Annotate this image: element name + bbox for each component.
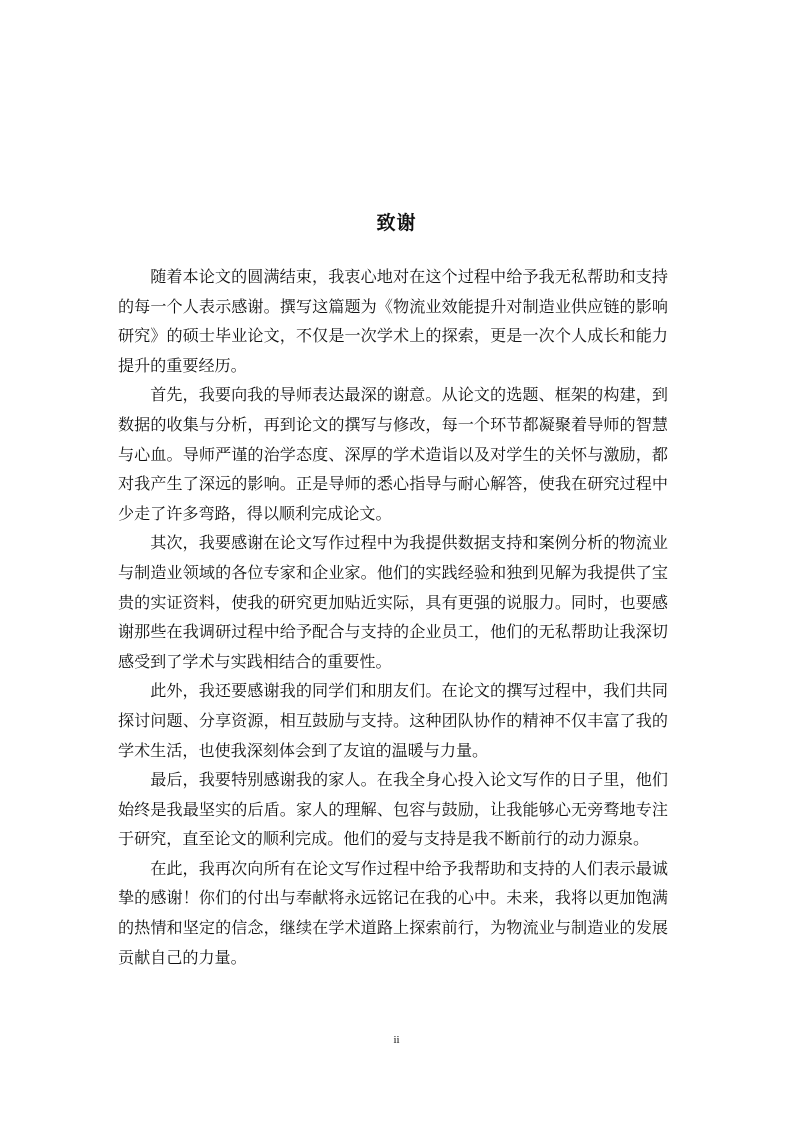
paragraph-experts: 其次，我要感谢在论文写作过程中为我提供数据支持和案例分析的物流业与制造业领域的各… xyxy=(118,528,668,676)
acknowledgement-body: 随着本论文的圆满结束，我衷心地对在这个过程中给予我无私帮助和支持的每一个人表示感… xyxy=(118,262,668,972)
paragraph-closing: 在此，我再次向所有在论文写作过程中给予我帮助和支持的人们表示最诚挚的感谢！你们的… xyxy=(118,854,668,972)
page-title: 致谢 xyxy=(0,208,793,235)
paragraph-friends: 此外，我还要感谢我的同学们和朋友们。在论文的撰写过程中，我们共同探讨问题、分享资… xyxy=(118,676,668,765)
page-number: ii xyxy=(0,1034,793,1046)
paragraph-intro: 随着本论文的圆满结束，我衷心地对在这个过程中给予我无私帮助和支持的每一个人表示感… xyxy=(118,262,668,380)
paragraph-family: 最后，我要特别感谢我的家人。在我全身心投入论文写作的日子里，他们始终是我最坚实的… xyxy=(118,765,668,854)
document-page: 致谢 随着本论文的圆满结束，我衷心地对在这个过程中给予我无私帮助和支持的每一个人… xyxy=(0,0,793,1122)
paragraph-advisor: 首先，我要向我的导师表达最深的谢意。从论文的选题、框架的构建，到数据的收集与分析… xyxy=(118,380,668,528)
